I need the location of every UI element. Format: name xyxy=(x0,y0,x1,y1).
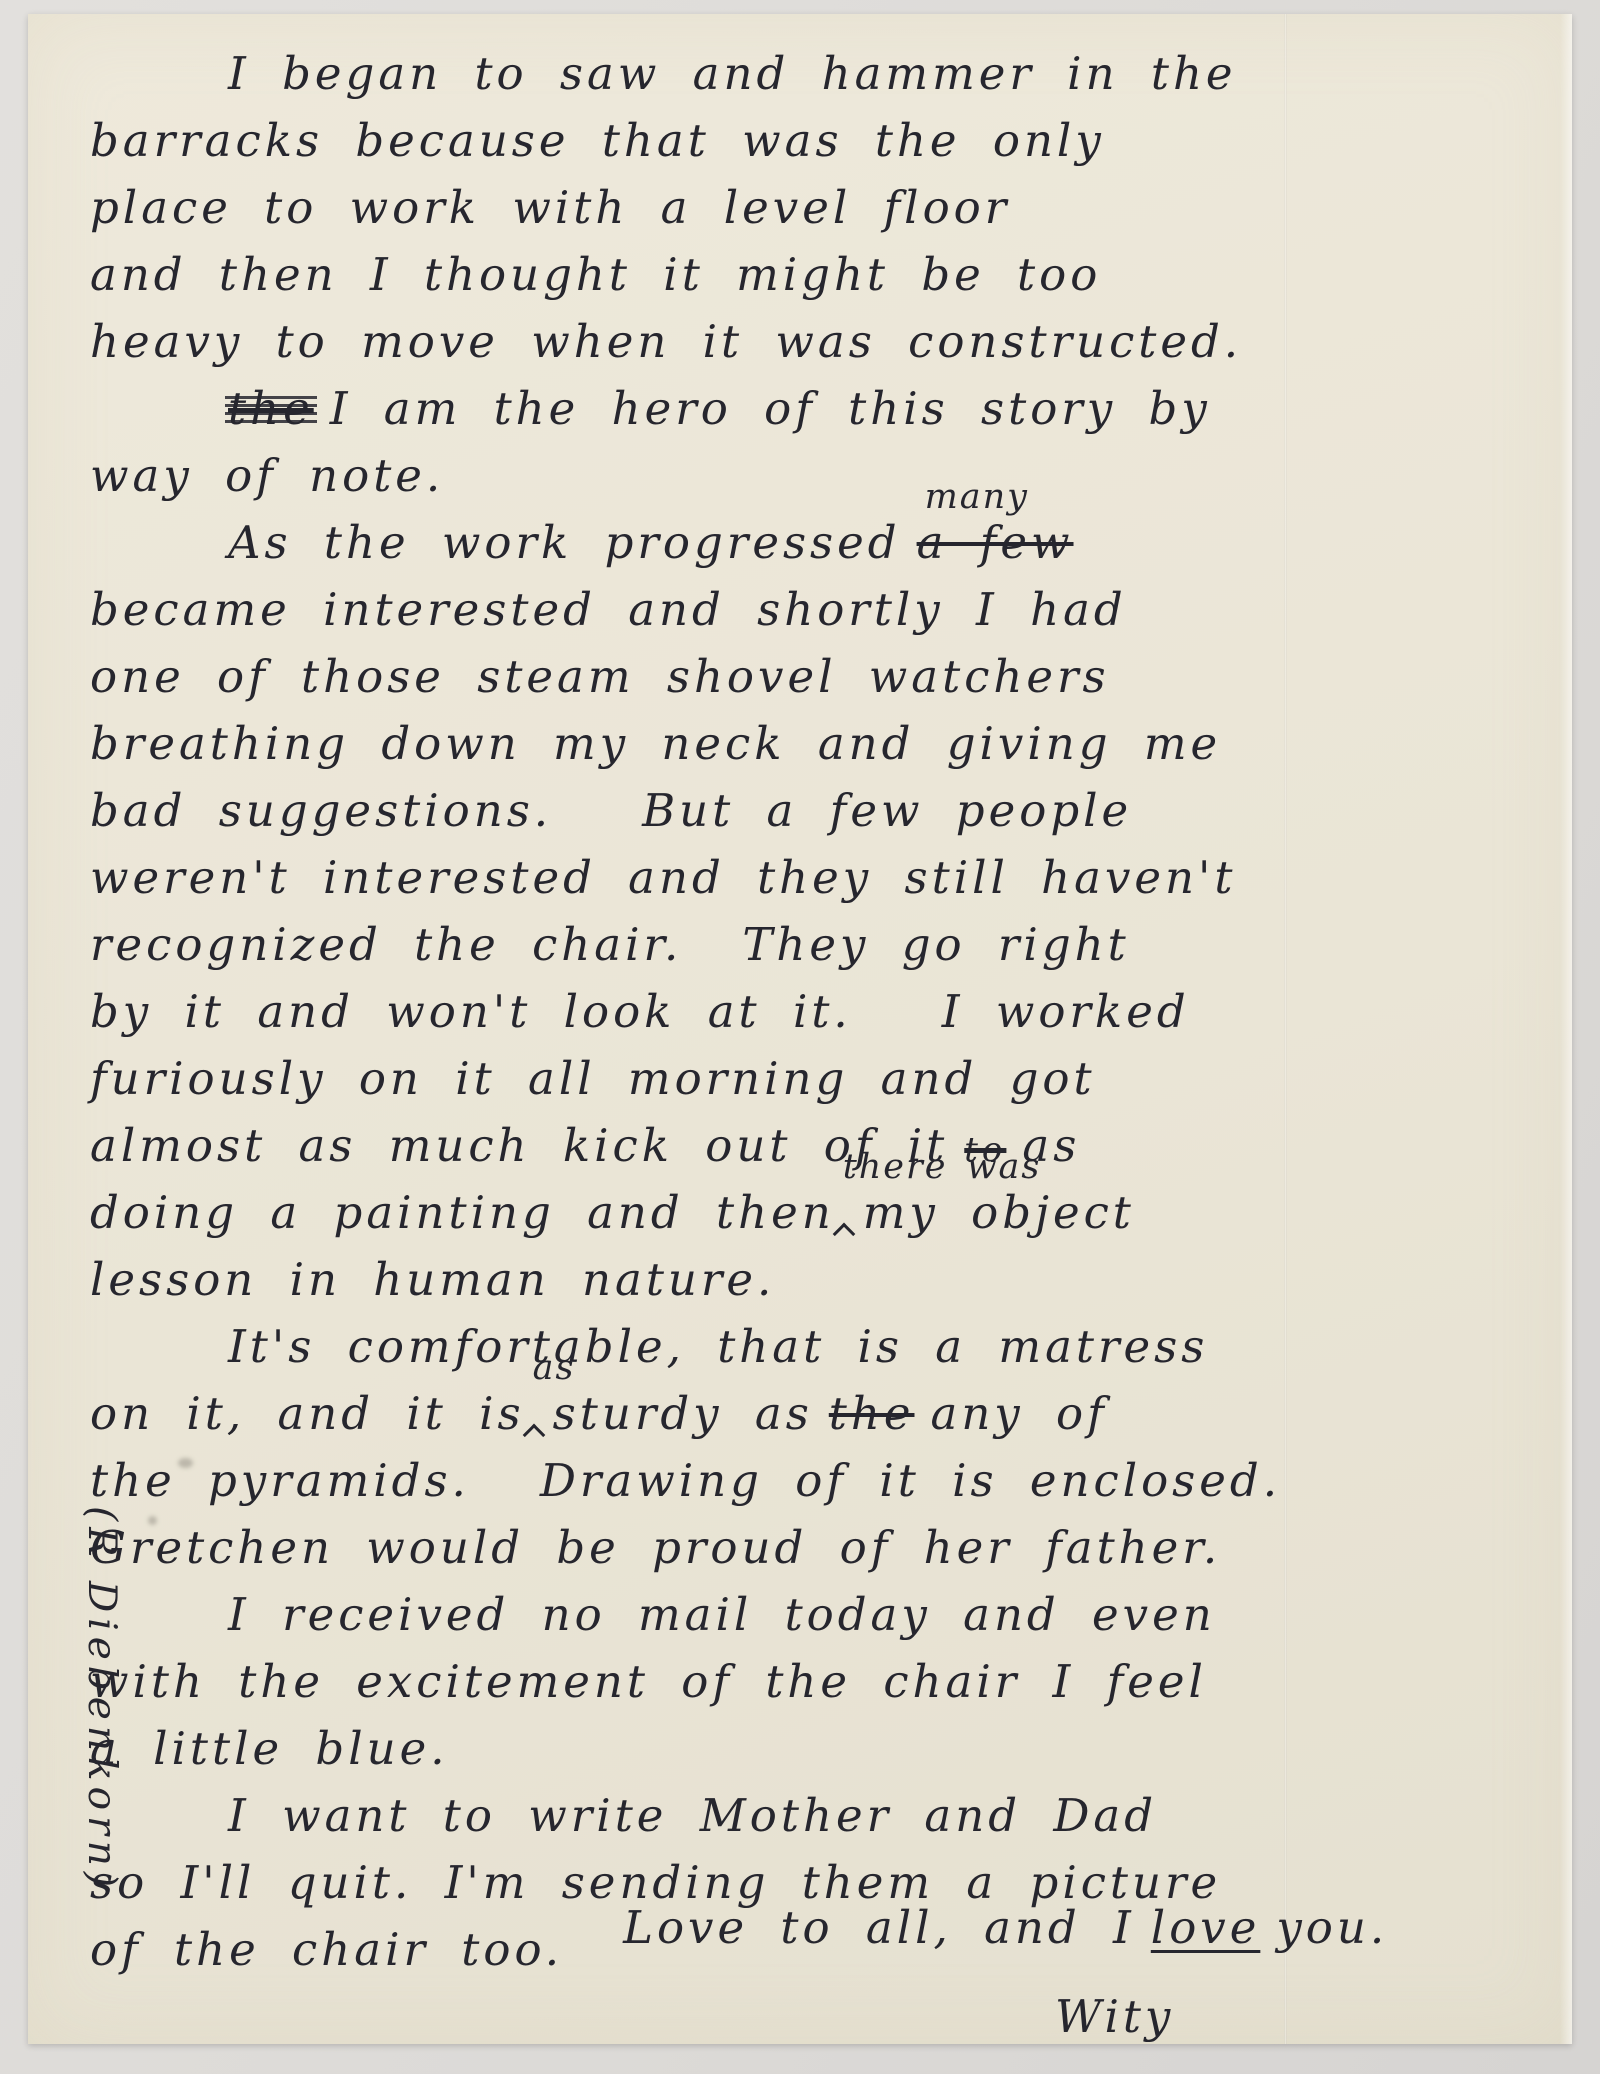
struck-word: the xyxy=(829,1387,915,1440)
letter-line: bad suggestions.But a few people xyxy=(90,777,1552,844)
struck-words: a few xyxy=(917,516,1074,569)
line-text: I am the hero of this story by xyxy=(330,382,1211,435)
letter-line: Gretchen would be proud of her father. xyxy=(90,1514,1552,1581)
line-text: bad suggestions. xyxy=(90,784,552,837)
line-text: But a few people xyxy=(642,784,1132,837)
line-text: Drawing of it is enclosed. xyxy=(540,1454,1281,1507)
line-text: almost as much kick out of it xyxy=(90,1119,948,1172)
line-text: weren't interested and they still haven'… xyxy=(90,851,1236,904)
line-text: I want to write Mother and Dad xyxy=(228,1789,1157,1842)
line-text: the pyramids. xyxy=(90,1454,470,1507)
letter-line: furiously on it all morning and got xyxy=(90,1045,1552,1112)
line-text: way of note. xyxy=(90,449,444,502)
letter-line: almost as much kick out of ittoas xyxy=(90,1112,1552,1179)
line-text: lesson in human nature. xyxy=(90,1253,775,1306)
scan-backdrop: { "document": { "kind": "handwritten let… xyxy=(0,0,1600,2074)
letter-line: As the work progressedmanya few xyxy=(90,509,1552,576)
letter-line: weren't interested and they still haven'… xyxy=(90,844,1552,911)
caret-mark xyxy=(832,1223,855,1246)
letter-line: It's comfortable, that is a matress xyxy=(90,1313,1552,1380)
line-text: on it, and it is xyxy=(90,1387,525,1440)
line-text: and then I thought it might be too xyxy=(90,248,1101,301)
signature-line: Wity xyxy=(90,1983,1552,2044)
line-text: place to work with a level floor xyxy=(90,181,1010,234)
letter-line: way of note. xyxy=(90,442,1552,509)
letter-line: one of those steam shovel watchers xyxy=(90,643,1552,710)
inserted-words: there was xyxy=(843,1150,1042,1185)
letter-line: I want to write Mother and Dad xyxy=(90,1782,1552,1849)
closing-line: Love to all, and Iloveyou. xyxy=(623,1901,1388,1954)
line-text: any of xyxy=(930,1387,1107,1440)
line-text: a little blue. xyxy=(90,1722,449,1775)
letter-line: the pyramids.Drawing of it is enclosed. xyxy=(90,1447,1552,1514)
letter-line: with the excitement of the chair I feel xyxy=(90,1648,1552,1715)
line-text: breathing down my neck and giving me xyxy=(90,717,1221,770)
line-text: Love to all, and I xyxy=(623,1901,1135,1954)
line-text: furiously on it all morning and got xyxy=(90,1052,1096,1105)
line-text: barracks because that was the only xyxy=(90,114,1105,167)
letter-line: barracks because that was the only xyxy=(90,107,1552,174)
letter-line: a little blue. xyxy=(90,1715,1552,1782)
letter-body: I began to saw and hammer in the barrack… xyxy=(90,40,1552,2044)
letter-line: became interested and shortly I had xyxy=(90,576,1552,643)
inserted-word: as xyxy=(533,1351,576,1386)
line-text: I received no mail today and even xyxy=(228,1588,1216,1641)
inserted-word: many xyxy=(925,480,1029,515)
line-text: As the work progressed xyxy=(228,516,901,569)
line-text: I worked xyxy=(942,985,1190,1038)
caret-mark xyxy=(522,1424,545,1447)
line-text: of the chair too. xyxy=(90,1923,563,1976)
letter-line: doing a painting and thenthere wasmy obj… xyxy=(90,1179,1552,1246)
edit-insertion: there was xyxy=(835,1186,855,1239)
line-text: I began to saw and hammer in the xyxy=(228,47,1237,100)
line-text: one of those steam shovel watchers xyxy=(90,650,1110,703)
line-text: you. xyxy=(1276,1901,1388,1954)
letter-line: heavy to move when it was constructed. xyxy=(90,308,1552,375)
letter-paper: (R Diebenkorn) I began to saw and hammer… xyxy=(28,14,1572,2044)
letter-line: place to work with a level floor xyxy=(90,174,1552,241)
line-text: by it and won't look at it. xyxy=(90,985,852,1038)
letter-line: by it and won't look at it.I worked xyxy=(90,978,1552,1045)
line-text: Gretchen would be proud of her father. xyxy=(90,1521,1221,1574)
edit-insertion: as xyxy=(525,1387,545,1440)
line-text: with the excitement of the chair I feel xyxy=(90,1655,1207,1708)
underlined-word: love xyxy=(1151,1901,1261,1954)
letter-line: recognized the chair.They go right xyxy=(90,911,1552,978)
letter-line: on it, and it isassturdy astheany of xyxy=(90,1380,1552,1447)
line-text: They go right xyxy=(742,918,1129,971)
edit-insertion: manya few xyxy=(917,516,1074,569)
line-text: It's comfortable, that is a matress xyxy=(228,1320,1208,1373)
line-text: recognized the chair. xyxy=(90,918,682,971)
line-text: heavy to move when it was constructed. xyxy=(90,315,1242,368)
letter-line: breathing down my neck and giving me xyxy=(90,710,1552,777)
line-text: became interested and shortly I had xyxy=(90,583,1127,636)
signature: Wity xyxy=(1055,1990,1174,2043)
letter-line: lesson in human nature. xyxy=(90,1246,1552,1313)
letter-line: I received no mail today and even xyxy=(90,1581,1552,1648)
letter-line: I began to saw and hammer in the xyxy=(90,40,1552,107)
line-text: sturdy as xyxy=(553,1387,813,1440)
letter-line: of the chair too.Love to all, and Ilovey… xyxy=(90,1916,1552,1983)
letter-line: theI am the hero of this story by xyxy=(90,375,1552,442)
struck-word: the xyxy=(228,382,314,435)
letter-line: and then I thought it might be too xyxy=(90,241,1552,308)
line-text: doing a painting and then xyxy=(90,1186,835,1239)
line-text: my object xyxy=(863,1186,1135,1239)
